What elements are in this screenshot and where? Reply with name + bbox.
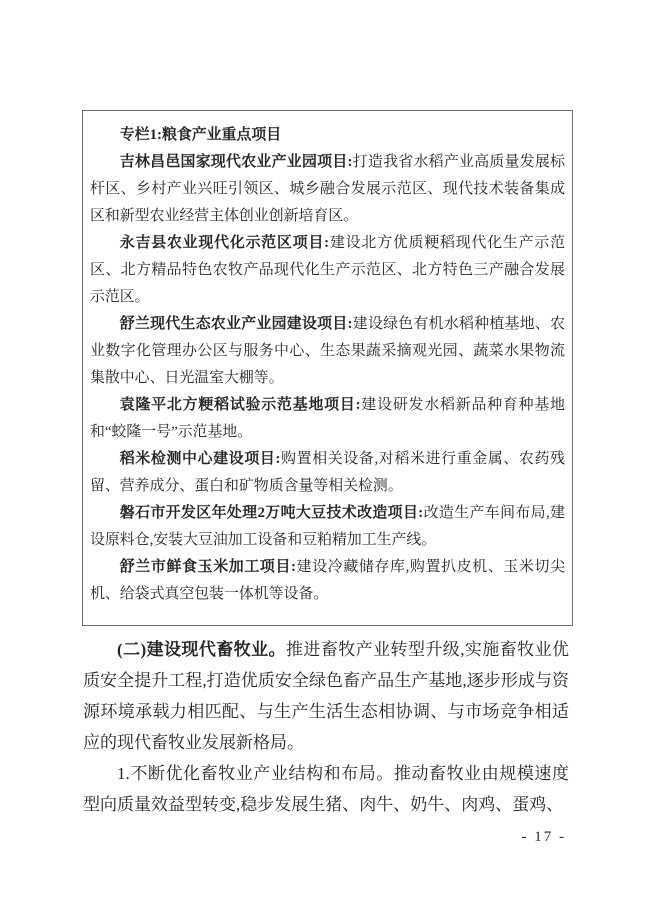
panel-item-lead: 吉林昌邑国家现代农业产业园项目: bbox=[120, 154, 353, 170]
grain-projects-box: 专栏1:粮食产业重点项目 吉林昌邑国家现代农业产业园项目:打造我省水稻产业高质量… bbox=[82, 110, 573, 626]
page-number: - 17 - bbox=[522, 829, 567, 846]
numbered-paragraph-text: 1.不断优化畜牧业产业结构和布局。推动畜牧业由规模速度型向质量效益型转变,稳步发… bbox=[83, 764, 569, 814]
panel-item: 永吉县农业现代化示范区项目:建设北方优质粳稻现代化生产示范区、北方精品特色农牧产… bbox=[90, 230, 565, 311]
section-heading: (二)建设现代畜牧业。 bbox=[117, 640, 286, 659]
panel-item-lead: 磐石市开发区年处理2万吨大豆技术改造项目: bbox=[120, 505, 423, 521]
panel-item-lead: 舒兰市鲜食玉米加工项目: bbox=[120, 559, 296, 575]
panel-item-lead: 舒兰现代生态农业产业园建设项目: bbox=[120, 316, 353, 332]
panel-item: 稻米检测中心建设项目:购置相关设备,对稻米进行重金属、农药残留、营养成分、蛋白和… bbox=[90, 446, 565, 500]
panel-item: 袁隆平北方粳稻试验示范基地项目:建设研发水稻新品种育种基地和“蛟隆一号”示范基地… bbox=[90, 392, 565, 446]
numbered-paragraph: 1.不断优化畜牧业产业结构和布局。推动畜牧业由规模速度型向质量效益型转变,稳步发… bbox=[83, 758, 569, 820]
panel-item-lead: 永吉县农业现代化示范区项目: bbox=[120, 235, 329, 251]
document-page: 专栏1:粮食产业重点项目 吉林昌邑国家现代农业产业园项目:打造我省水稻产业高质量… bbox=[0, 0, 650, 919]
body-section: (二)建设现代畜牧业。推进畜牧产业转型升级,实施畜牧业优质安全提升工程,打造优质… bbox=[83, 634, 569, 820]
panel-item-lead: 袁隆平北方粳稻试验示范基地项目: bbox=[120, 397, 361, 413]
panel-item: 吉林昌邑国家现代农业产业园项目:打造我省水稻产业高质量发展标杆区、乡村产业兴旺引… bbox=[90, 149, 565, 230]
panel-item-lead: 稻米检测中心建设项目: bbox=[120, 451, 281, 467]
panel-item: 磐石市开发区年处理2万吨大豆技术改造项目:改造生产车间布局,建设原料仓,安装大豆… bbox=[90, 500, 565, 554]
section-paragraph: (二)建设现代畜牧业。推进畜牧产业转型升级,实施畜牧业优质安全提升工程,打造优质… bbox=[83, 634, 569, 758]
panel-item: 舒兰现代生态农业产业园建设项目:建设绿色有机水稻种植基地、农业数字化管理办公区与… bbox=[90, 311, 565, 392]
panel-item: 舒兰市鲜食玉米加工项目:建设冷藏储存库,购置扒皮机、玉米切尖机、给袋式真空包装一… bbox=[90, 554, 565, 608]
panel-title: 专栏1:粮食产业重点项目 bbox=[90, 122, 565, 149]
